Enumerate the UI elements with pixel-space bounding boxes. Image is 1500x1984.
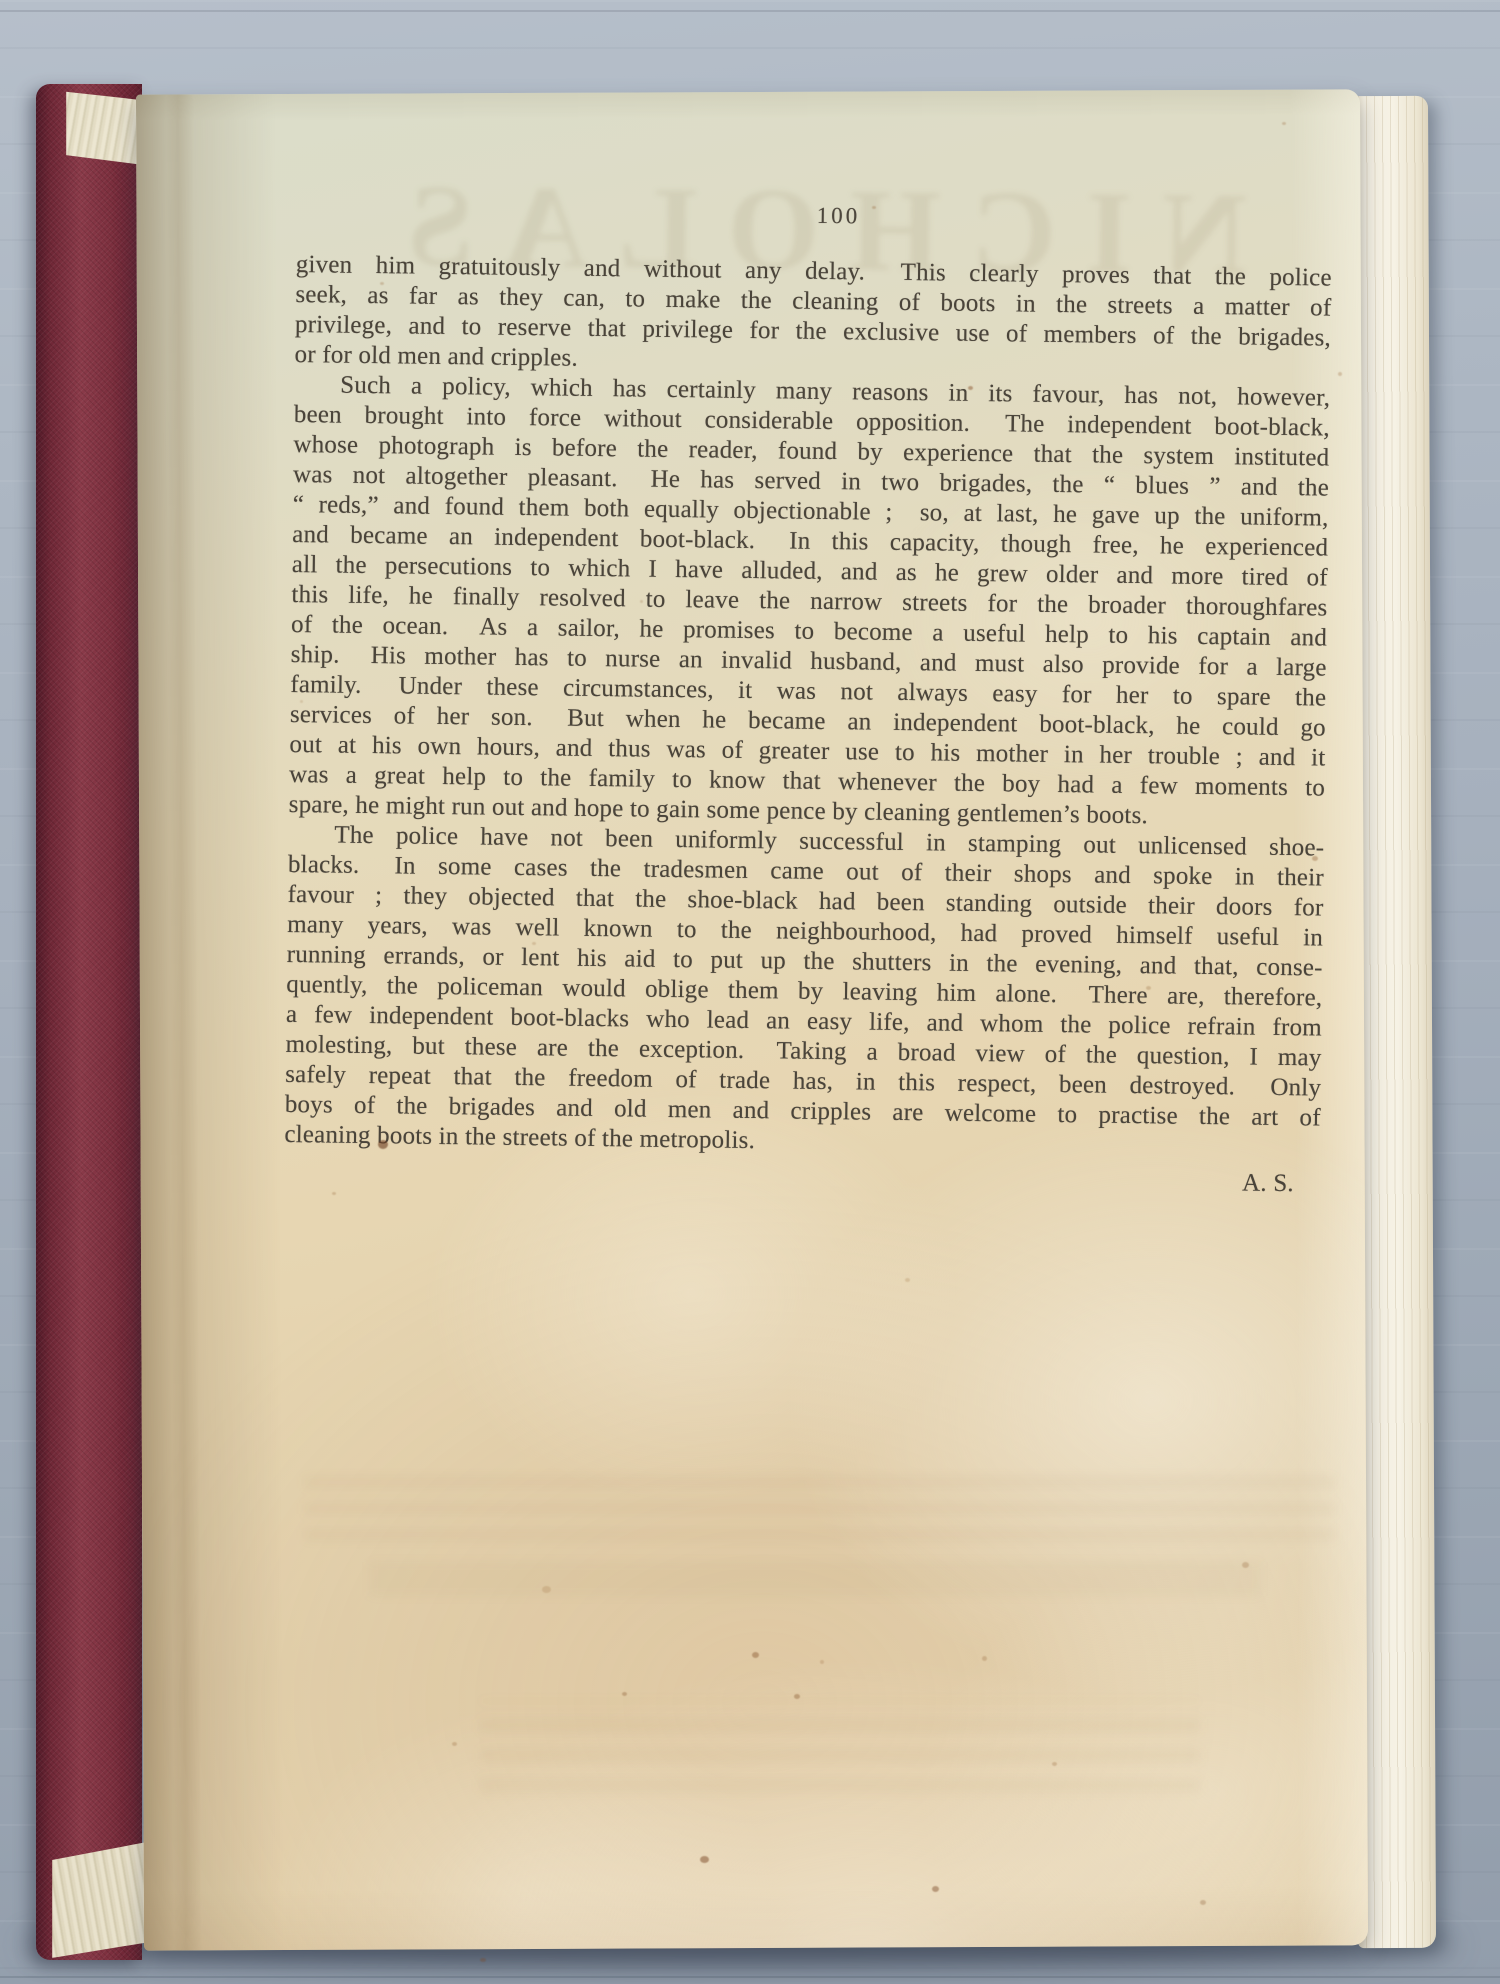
book-cover-spine xyxy=(36,84,142,1960)
paragraphs-container: given him gratuitously and without any d… xyxy=(284,250,1332,1163)
page-number: 100 xyxy=(796,201,880,232)
backdrop-seam xyxy=(0,10,1500,12)
page-text: 100 given him gratuitously and without a… xyxy=(284,250,1332,1203)
photo-of-book-page: NICHOLAS 100 given him gratuitously and … xyxy=(0,0,1500,1984)
backdrop-seam xyxy=(0,1976,1500,1978)
